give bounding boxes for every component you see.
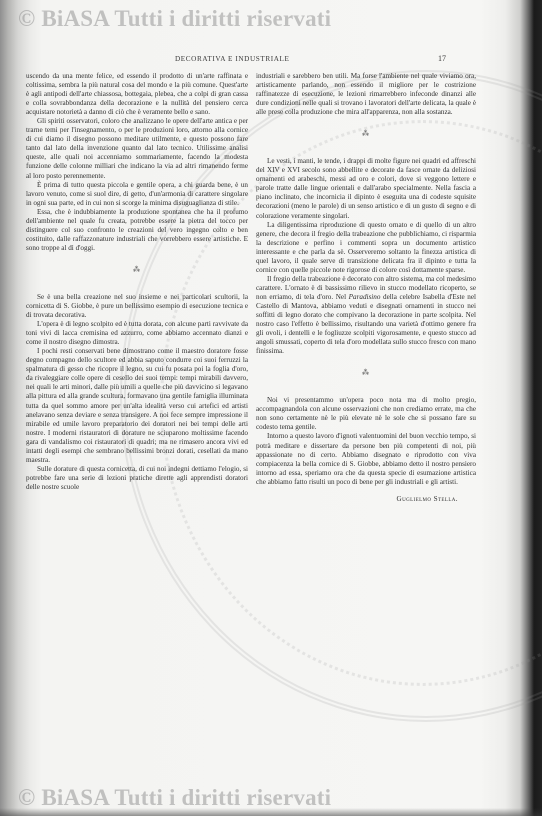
paragraph: Intorno a questo lavoro d'ignoti valentu…: [256, 432, 476, 486]
right-column: industriali e sarebbero ben utili. Ma fo…: [256, 72, 476, 504]
paragraph: L'opera è di legno scolpito ed è tutta d…: [26, 320, 248, 347]
page-number: 17: [438, 54, 446, 63]
paragraph: uscendo da una mente felice, ed essendo …: [26, 72, 248, 117]
italic-title: Paradisino: [349, 293, 381, 301]
paragraph: Noi vi presentammo un'opera poco nota ma…: [256, 396, 476, 432]
paragraph: Il fregio della trabeazione è decorato c…: [256, 275, 476, 356]
copyright-watermark-bottom: © BiASA Tutti i diritti riservati: [18, 785, 331, 811]
paragraph: Le vesti, i manti, le tende, i drappi di…: [256, 157, 476, 220]
copyright-watermark-top: © BiASA Tutti i diritti riservati: [18, 6, 331, 32]
paragraph-text: della celebre Isabella d'Este nel Castel…: [256, 293, 476, 355]
paragraph: Se è una bella creazione nel suo insieme…: [26, 293, 248, 320]
paragraph: Essa, che è indubbiamente la produzione …: [26, 208, 248, 253]
paragraph: Gli spiriti osservatori, coloro che anal…: [26, 117, 248, 180]
running-title: DECORATIVA E INDUSTRIALE: [175, 55, 290, 63]
paragraph: La diligentissima riproduzione di questo…: [256, 221, 476, 275]
scanned-page: © BiASA Tutti i diritti riservati DECORA…: [0, 0, 542, 816]
section-divider-asterism: ⁂: [256, 369, 476, 378]
section-divider-asterism: ⁂: [256, 130, 476, 139]
paragraph: industriali e sarebbero ben utili. Ma fo…: [256, 72, 476, 117]
author-signature: Guglielmo Stella.: [256, 495, 476, 504]
paragraph: I pochi resti conservati bene dimostrano…: [26, 347, 248, 465]
section-divider-asterism: ⁂: [26, 266, 248, 275]
paragraph: Sulle dorature di questa cornicetta, di …: [26, 465, 248, 492]
left-column: uscendo da una mente felice, ed essendo …: [26, 72, 248, 492]
paragraph: È prima di tutto questa piccola e gentil…: [26, 181, 248, 208]
